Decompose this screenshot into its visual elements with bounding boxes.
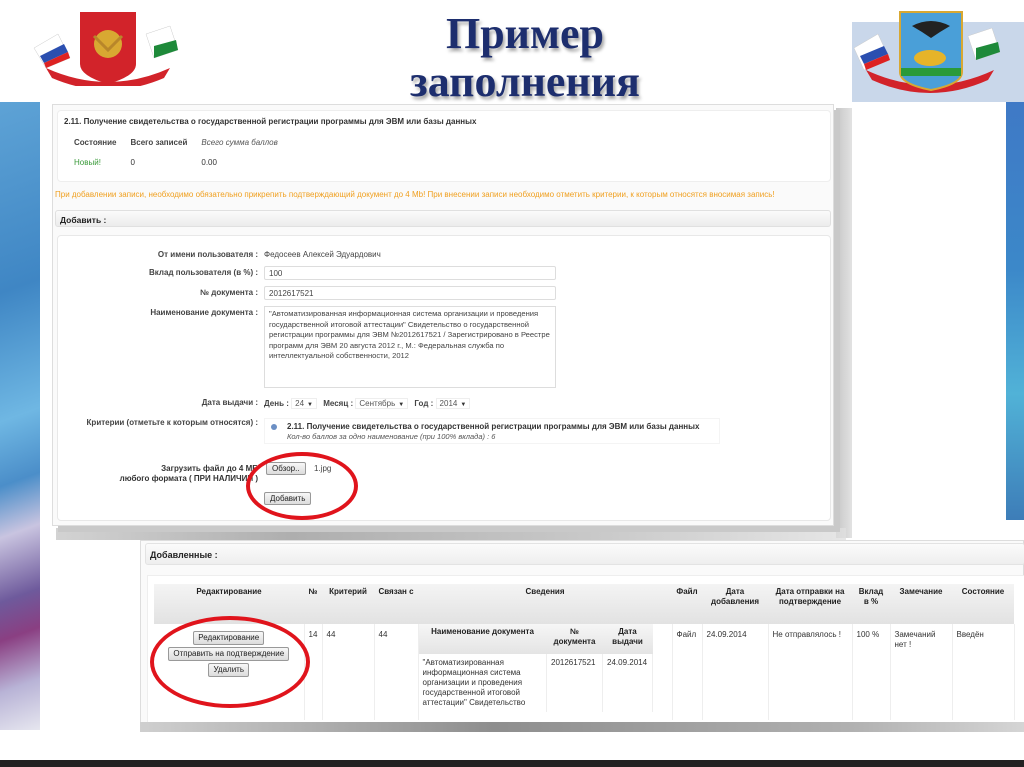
criteria-title: 2.11. Получение свидетельства о государс…	[287, 422, 699, 431]
year-select[interactable]: 2014▼	[436, 398, 471, 409]
month-select[interactable]: Сентябрь▼	[355, 398, 408, 409]
chevron-down-icon: ▼	[307, 402, 313, 408]
issue-date-label: Дата выдачи :	[202, 398, 258, 407]
add-form: От имени пользователя : Федосеев Алексей…	[57, 235, 831, 521]
decorative-left-strip	[0, 100, 40, 730]
criteria-option[interactable]: 2.11. Получение свидетельства о государс…	[264, 418, 720, 444]
russia-coat-of-arms-icon	[28, 6, 188, 86]
inner-doc-number: 2012617521	[547, 654, 603, 712]
inner-header-doc-number: № документа	[547, 624, 603, 654]
issue-date-selects: День : 24▼ Месяц : Сентябрь▼ Год : 2014▼	[264, 398, 474, 409]
title-line-2: заполнения	[350, 58, 700, 106]
header-contribution: Вклад в %	[852, 584, 890, 624]
details-table: Наименование документа № документа Дата …	[419, 624, 654, 712]
radio-selected-icon[interactable]	[271, 424, 277, 430]
criteria-points: Кол-во баллов за одно наименование (при …	[287, 432, 495, 441]
year-label: Год :	[414, 399, 433, 408]
header-remark: Замечание	[890, 584, 952, 624]
day-select[interactable]: 24▼	[291, 398, 317, 409]
title-line-1: Пример	[350, 10, 700, 58]
highlight-ellipse-upload	[246, 452, 358, 520]
doc-number-input[interactable]: 2012617521	[264, 286, 556, 300]
header-file: Файл	[672, 584, 702, 624]
bottom-bar	[0, 760, 1024, 767]
criteria-label: Критерии (отметьте к которым относятся) …	[87, 418, 258, 427]
upload-label: Загрузить файл до 4 МБ любого формата ( …	[120, 464, 258, 484]
user-label: От имени пользователя :	[158, 250, 258, 259]
contribution-label: Вклад пользователя (в %) :	[149, 268, 258, 277]
date-sent: Не отправлялось !	[768, 624, 852, 720]
day-label: День :	[264, 399, 289, 408]
screenshot-shadow-bottom	[56, 528, 846, 540]
header-criterion: Критерий	[322, 584, 374, 624]
doc-number-label: № документа :	[200, 288, 258, 297]
summary-count: 0	[124, 153, 193, 171]
linked-link[interactable]: 44	[374, 624, 418, 720]
header-details: Сведения	[418, 584, 672, 624]
belgorod-coat-of-arms-icon	[850, 8, 1010, 98]
date-added: 24.09.2014	[702, 624, 768, 720]
contribution-input[interactable]: 100	[264, 266, 556, 280]
contribution-value: 100 %	[852, 624, 890, 720]
add-record-screenshot: 2.11. Получение свидетельства о государс…	[52, 104, 834, 526]
day-value: 24	[295, 399, 304, 408]
remark-value: Замечаний нет !	[890, 624, 952, 720]
screenshot-shadow-bottom-2	[140, 722, 1024, 732]
inner-issue-date: 24.09.2014	[603, 654, 653, 712]
inner-header-issue-date: Дата выдачи	[603, 624, 653, 654]
header-linked: Связан с	[374, 584, 418, 624]
user-value: Федосеев Алексей Эдуардович	[264, 250, 381, 259]
header-date-added: Дата добавления	[702, 584, 768, 624]
upload-label-line2: любого формата ( ПРИ НАЛИЧИИ )	[120, 474, 258, 484]
month-value: Сентябрь	[359, 399, 395, 408]
slide-title: Пример заполнения	[350, 10, 700, 106]
add-section-header: Добавить :	[55, 210, 831, 227]
warning-message: При добавлении записи, необходимо обязат…	[55, 189, 825, 200]
inner-header-doc-name: Наименование документа	[419, 624, 547, 654]
criterion-link[interactable]: 44	[322, 624, 374, 720]
header-number: №	[304, 584, 322, 624]
upload-label-line1: Загрузить файл до 4 МБ	[120, 464, 258, 474]
header-date-sent: Дата отправки на подтверждение	[768, 584, 852, 624]
summary-header-score: Всего сумма баллов	[195, 133, 283, 151]
chevron-down-icon: ▼	[398, 402, 404, 408]
summary-title: 2.11. Получение свидетельства о государс…	[64, 117, 476, 126]
header-status: Состояние	[952, 584, 1014, 624]
year-value: 2014	[440, 399, 458, 408]
summary-status: Новый!	[68, 153, 122, 171]
doc-name-textarea[interactable]: "Автоматизированная информационная систе…	[264, 306, 556, 388]
chevron-down-icon: ▼	[460, 402, 466, 408]
summary-header-count: Всего записей	[124, 133, 193, 151]
summary-score: 0.00	[195, 153, 283, 171]
status-value: Введён	[952, 624, 1014, 720]
summary-panel: 2.11. Получение свидетельства о государс…	[57, 110, 831, 182]
inner-doc-name: "Автоматизированная информационная систе…	[419, 654, 547, 712]
month-label: Месяц :	[323, 399, 353, 408]
screenshot-shadow-right	[836, 108, 852, 538]
file-link[interactable]: Файл	[672, 624, 702, 720]
summary-table: Состояние Всего записей Всего сумма балл…	[66, 131, 286, 173]
highlight-ellipse-buttons	[150, 616, 310, 708]
doc-name-label: Наименование документа :	[150, 308, 258, 317]
details-cell: Наименование документа № документа Дата …	[418, 624, 672, 720]
added-section-header: Добавленные :	[145, 543, 1024, 565]
summary-header-status: Состояние	[68, 133, 122, 151]
decorative-right-strip	[1006, 100, 1024, 520]
